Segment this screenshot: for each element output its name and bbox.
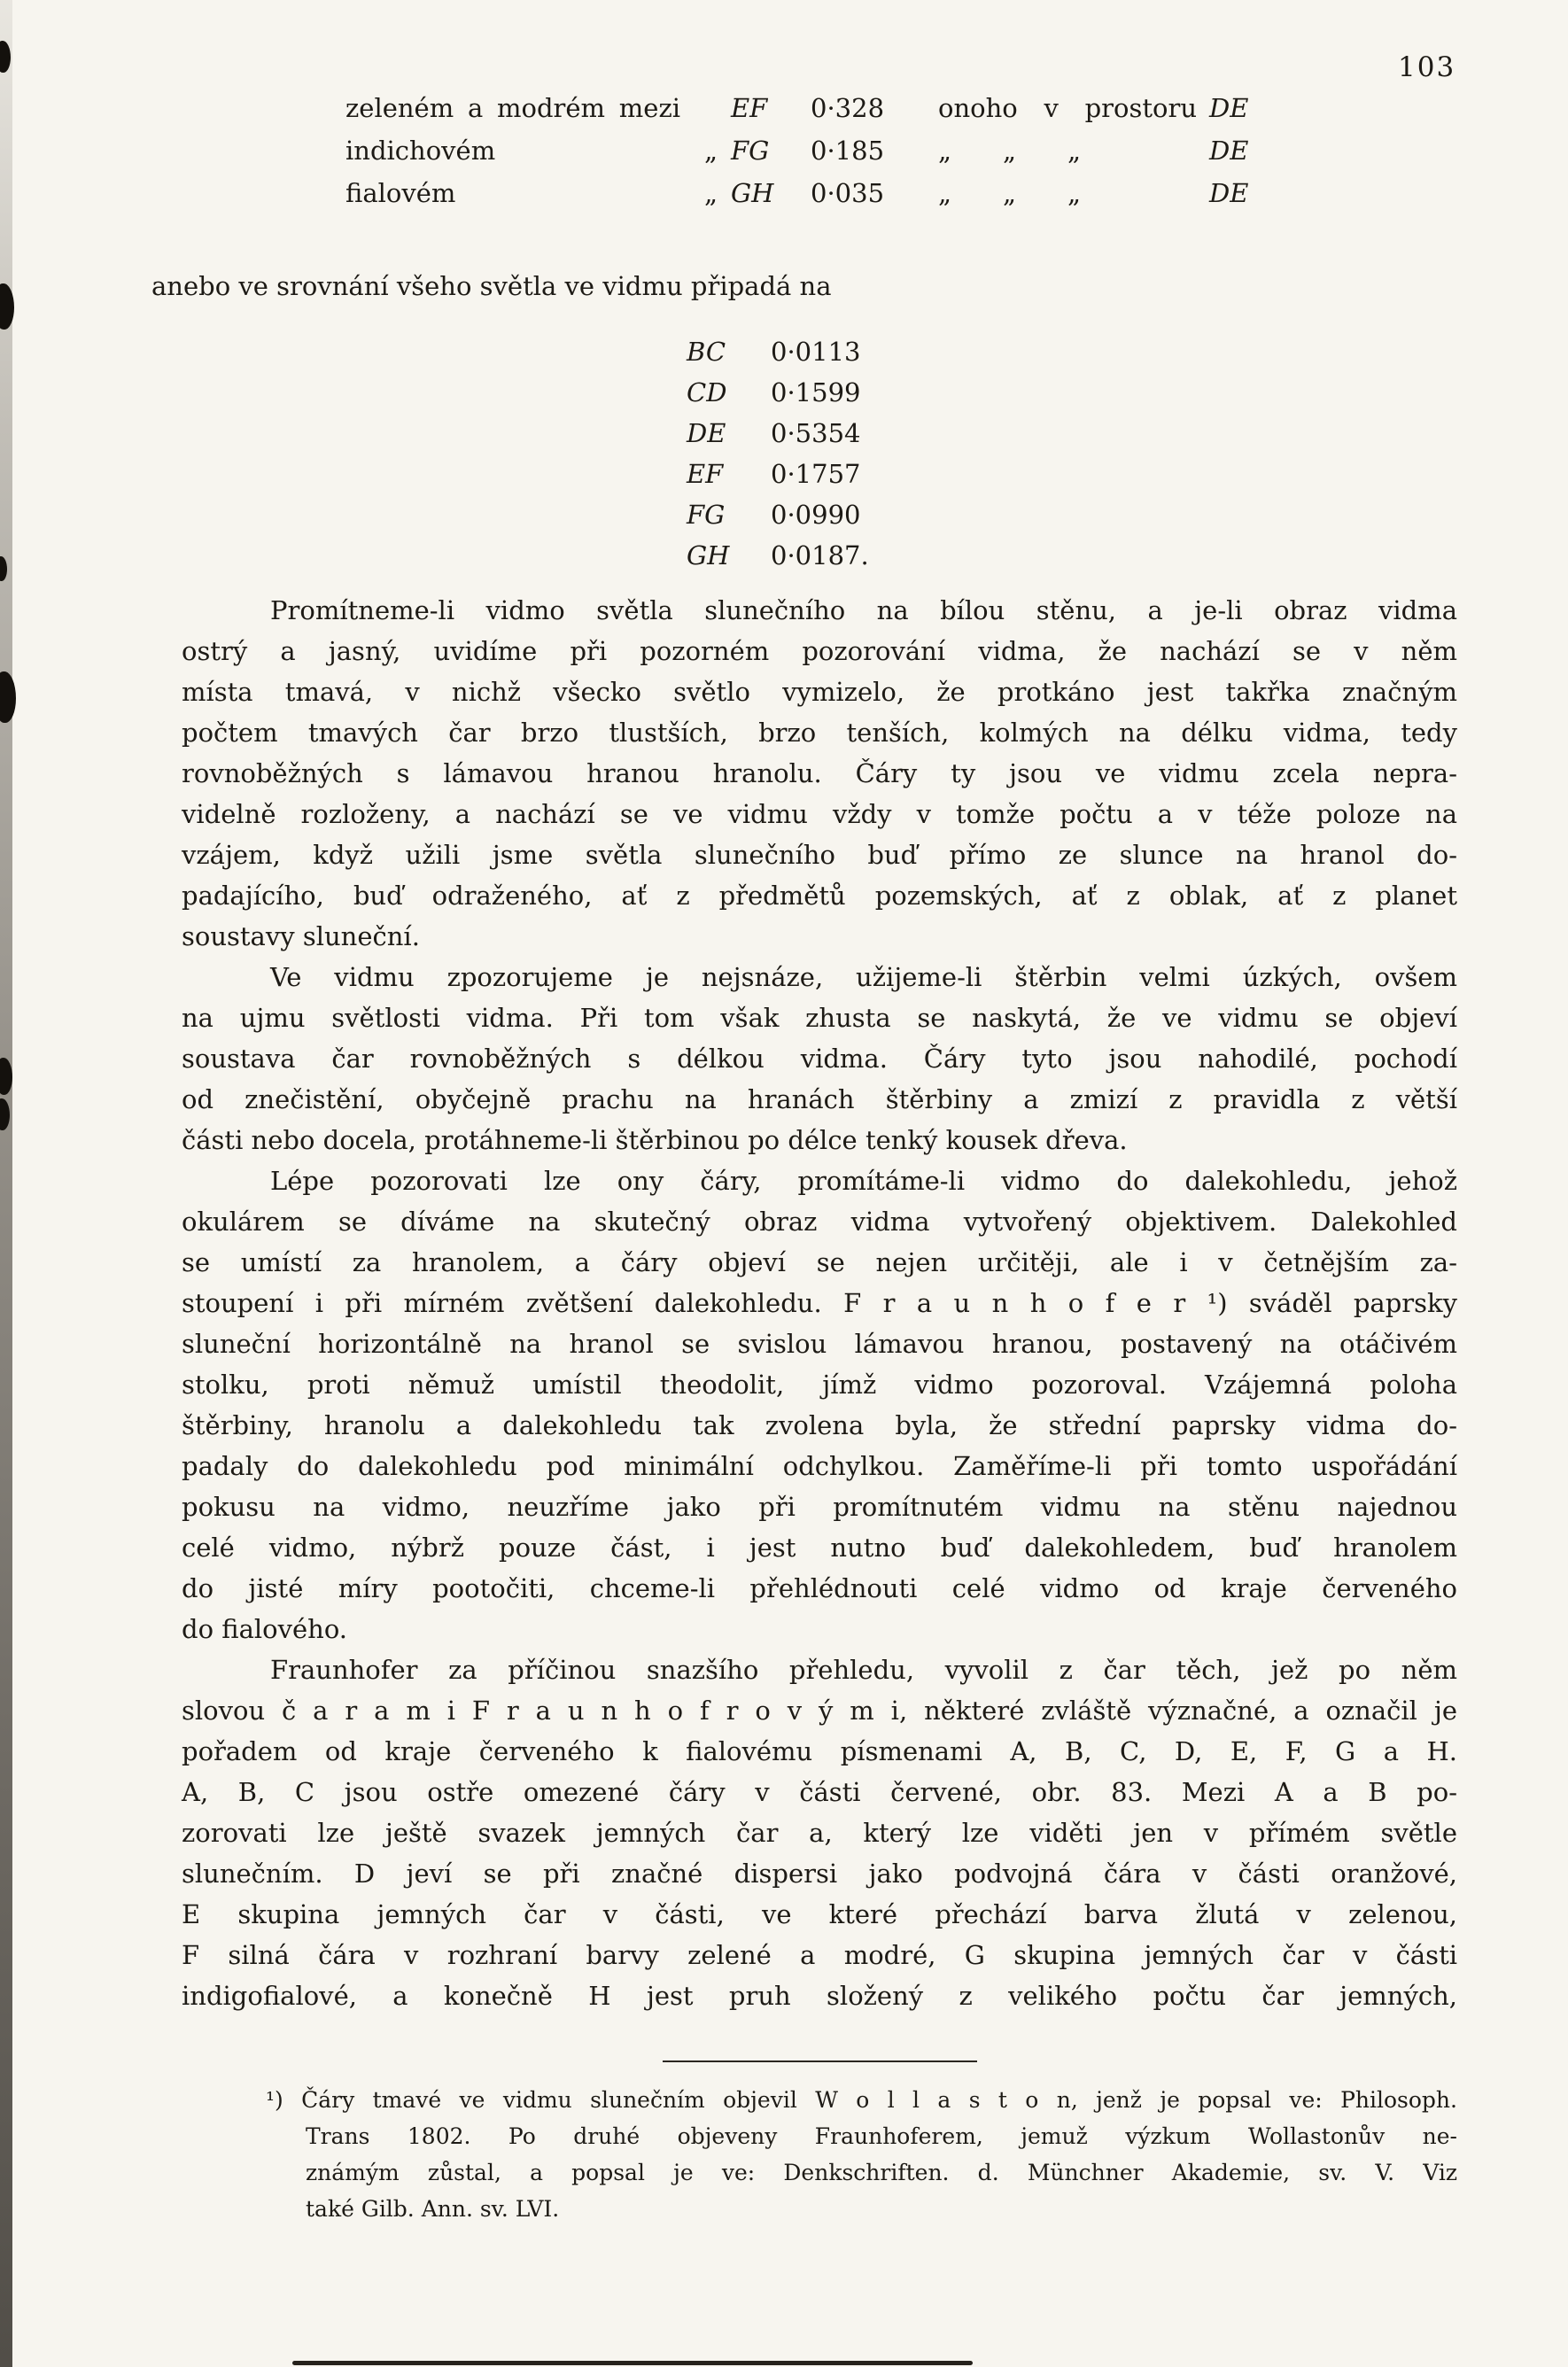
- table-cell-vpair: CD: [687, 372, 771, 413]
- table-cell-ditto: „: [691, 172, 731, 214]
- table-cell-ditto: „: [691, 129, 731, 172]
- text-line: soustava čar rovnoběžných s délkou vidma…: [182, 1038, 1457, 1079]
- text-line: rovnoběžných s lámavou hranou hranolu. Č…: [182, 753, 1457, 794]
- text-line: známým zůstal, a popsal je ve: Denkschri…: [306, 2154, 1457, 2191]
- text-line: ostrý a jasný, uvidíme při pozorném pozo…: [182, 631, 1457, 671]
- table-cell-ditto: [691, 87, 731, 129]
- table-cell-vpair: BC: [687, 331, 771, 372]
- table-cell-right: „ „ „: [926, 172, 1209, 214]
- paragraph: Ve vidmu zpozorujeme je nejsnáze, užijem…: [182, 957, 1457, 1160]
- table-cell-value: 0·1599: [771, 372, 904, 413]
- text-line: místa tmavá, v nichž všecko světlo vymiz…: [182, 671, 1457, 712]
- text-line: slovou č a r a m i F r a u n h o f r o v…: [182, 1690, 1457, 1731]
- table-cell-pair: EF: [731, 87, 811, 129]
- table-cell-value: 0·0113: [771, 331, 904, 372]
- text-line: do jisté míry pootočiti, chceme-li přehl…: [182, 1568, 1457, 1609]
- text-line: sluneční horizontálně na hranol se svisl…: [182, 1323, 1457, 1364]
- text-line: F silná čára v rozhraní barvy zelené a m…: [182, 1935, 1457, 1975]
- text-line: na ujmu světlosti vidma. Při tom však zh…: [182, 997, 1457, 1038]
- table-cell-pairR: DE: [1209, 172, 1280, 214]
- text-line: stoupení i při mírném zvětšení dalekohle…: [182, 1283, 1457, 1323]
- text-line: pořadem od kraje červeného k fialovému p…: [182, 1731, 1457, 1772]
- table-cell-vpair: EF: [687, 454, 771, 494]
- text-line: indigofialové, a konečně H jest pruh slo…: [182, 1975, 1457, 2016]
- ink-blob: [0, 671, 16, 723]
- text-line: vzájem, když užili jsme světla slunečníh…: [182, 834, 1457, 875]
- scan-artifact-line: [292, 2361, 973, 2365]
- table-cell-pair: FG: [731, 129, 811, 172]
- text-line: do fialového.: [182, 1609, 1457, 1649]
- text-line: Lépe pozorovati lze ony čáry, promítáme-…: [182, 1160, 1457, 1201]
- text-line: videlně rozloženy, a nachází se ve vidmu…: [182, 794, 1457, 834]
- table-cell-value: 0·5354: [771, 413, 904, 454]
- text-line: soustavy sluneční.: [182, 916, 1457, 957]
- connector-line: anebo ve srovnání všeho světla ve vidmu …: [151, 266, 1457, 307]
- text-line: slunečním. D jeví se při značné dispersi…: [182, 1853, 1457, 1894]
- text-line: stolku, proti němuž umístil theodolit, j…: [182, 1364, 1457, 1405]
- table-cell-value: 0·328: [811, 87, 926, 129]
- table-cell-value: 0·185: [811, 129, 926, 172]
- text-line: štěrbiny, hranolu a dalekohledu tak zvol…: [182, 1405, 1457, 1446]
- text-line: od znečistění, obyčejně prachu na hranác…: [182, 1079, 1457, 1120]
- table-cell-right: onoho v prostoru: [926, 87, 1209, 129]
- text-line: části nebo docela, protáhneme-li štěrbin…: [182, 1120, 1457, 1160]
- scan-gutter-edge: [0, 0, 12, 2367]
- text-line: okulárem se díváme na skutečný obraz vid…: [182, 1201, 1457, 1242]
- text-line: Promítneme-li vidmo světla slunečního na…: [182, 590, 1457, 631]
- text-line: Trans 1802. Po druhé objeveny Fraunhofer…: [306, 2118, 1457, 2154]
- text-line: počtem tmavých čar brzo tlustších, brzo …: [182, 712, 1457, 753]
- text-line: celé vidmo, nýbrž pouze část, i jest nut…: [182, 1527, 1457, 1568]
- table-cell-right: „ „ „: [926, 129, 1209, 172]
- table-cell-vpair: FG: [687, 494, 771, 535]
- table-cell-pairR: DE: [1209, 87, 1280, 129]
- table-cell-label: zeleném a modrém mezi: [345, 87, 691, 129]
- paragraph: Promítneme-li vidmo světla slunečního na…: [182, 590, 1457, 957]
- text-line: padaly do dalekohledu pod minimální odch…: [182, 1446, 1457, 1486]
- text-line: zorovati lze ještě svazek jemných čar a,…: [182, 1812, 1457, 1853]
- footnote: ¹) Čáry tmavé ve vidmu slunečním objevil…: [182, 2082, 1457, 2227]
- table-cell-pair: GH: [731, 172, 811, 214]
- text-line: E skupina jemných čar v části, ve které …: [182, 1894, 1457, 1935]
- text-line: se umístí za hranolem, a čáry objeví se …: [182, 1242, 1457, 1283]
- table-cell-value: 0·1757: [771, 454, 904, 494]
- text-line: pokusu na vidmo, neuzříme jako při promí…: [182, 1486, 1457, 1527]
- table-cell-vpair: DE: [687, 413, 771, 454]
- table-cell-vpair: GH: [687, 535, 771, 576]
- text-line: také Gilb. Ann. sv. LVI.: [306, 2191, 1457, 2227]
- table-cell-value: 0·0187.: [771, 535, 904, 576]
- footnote-divider: [663, 2060, 977, 2062]
- spectrum-values-list: BC0·0113CD0·1599DE0·5354EF0·1757FG0·0990…: [687, 331, 1457, 576]
- book-page-scan: 103 zeleném a modrém meziEF0·328onoho v …: [0, 0, 1568, 2367]
- table-cell-value: 0·0990: [771, 494, 904, 535]
- proportions-table: zeleném a modrém meziEF0·328onoho v pros…: [345, 87, 1457, 214]
- text-line: Ve vidmu zpozorujeme je nejsnáze, užijem…: [182, 957, 1457, 997]
- paragraph: Fraunhofer za příčinou snazšího přehledu…: [182, 1649, 1457, 2016]
- table-cell-label: indichovém: [345, 129, 691, 172]
- table-cell-label: fialovém: [345, 172, 691, 214]
- text-line: A, B, C jsou ostře omezené čáry v části …: [182, 1772, 1457, 1812]
- paragraph: Lépe pozorovati lze ony čáry, promítáme-…: [182, 1160, 1457, 1649]
- table-cell-value: 0·035: [811, 172, 926, 214]
- text-line: Fraunhofer za příčinou snazšího přehledu…: [182, 1649, 1457, 1690]
- text-line: padajícího, buď odraženého, ať z předmět…: [182, 875, 1457, 916]
- text-line: ¹) Čáry tmavé ve vidmu slunečním objevil…: [306, 2082, 1457, 2118]
- page-content: zeleném a modrém meziEF0·328onoho v pros…: [182, 0, 1457, 2227]
- table-cell-pairR: DE: [1209, 129, 1280, 172]
